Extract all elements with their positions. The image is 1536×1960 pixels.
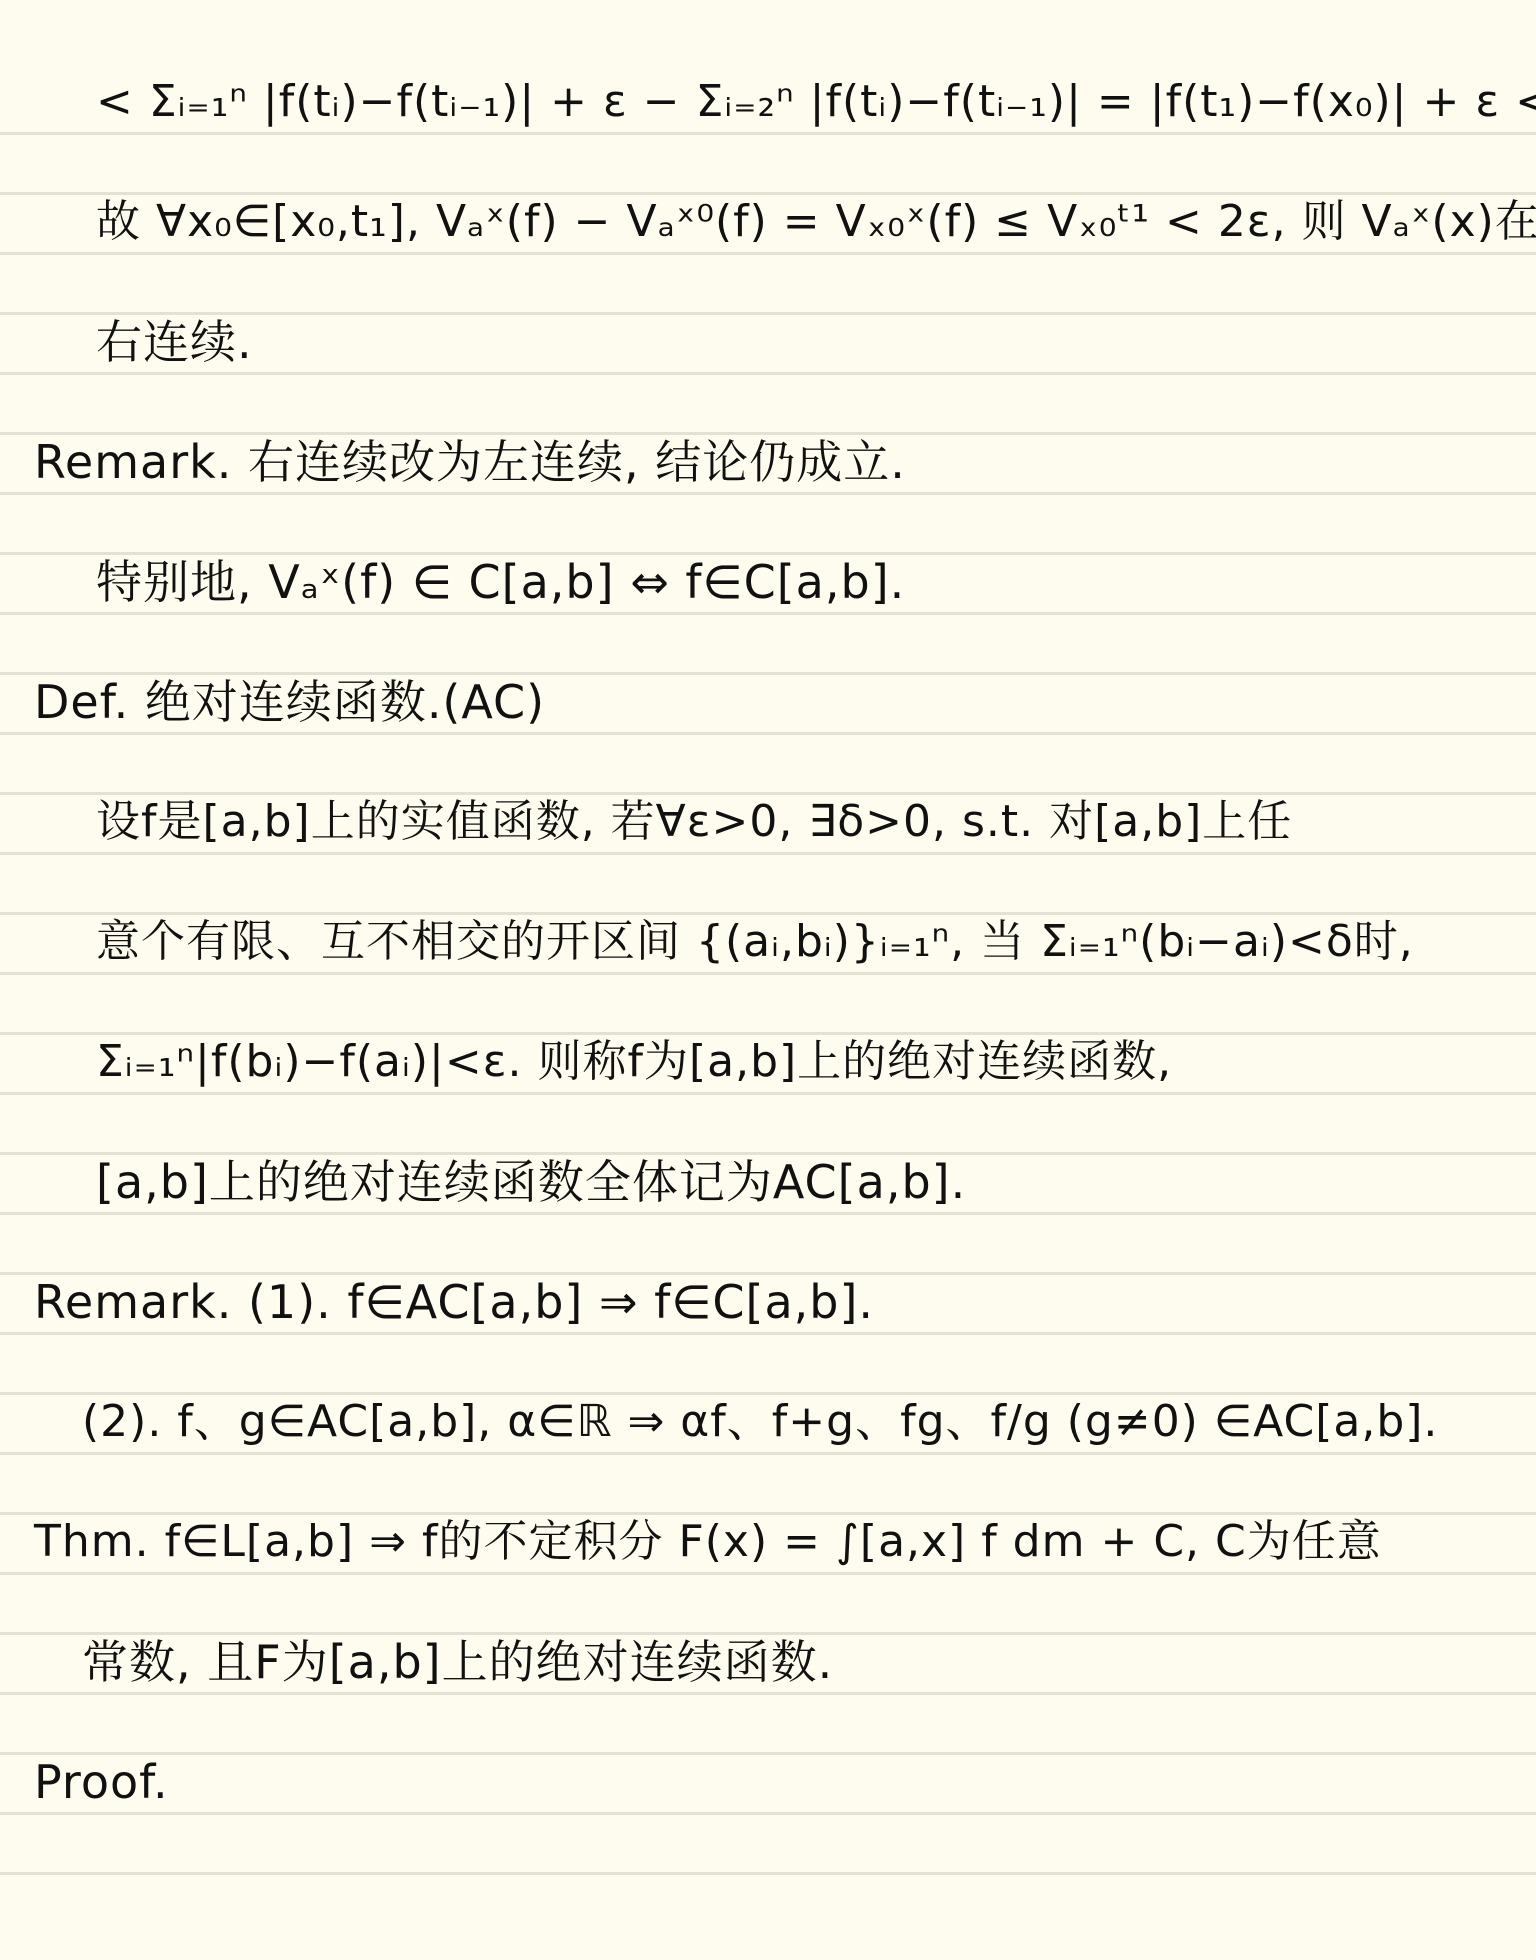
definition-body-4: [a,b]上的绝对连续函数全体记为AC[a,b].	[96, 1152, 966, 1212]
ruled-line	[0, 252, 1536, 255]
ruled-line	[0, 1752, 1536, 1755]
ruled-line	[0, 972, 1536, 975]
ruled-line	[0, 372, 1536, 375]
ruled-line	[0, 1872, 1536, 1875]
ruled-line	[0, 612, 1536, 615]
proof-heading: Proof.	[34, 1752, 169, 1812]
theorem-statement-1: Thm. f∈L[a,b] ⇒ f的不定积分 F(x) = ∫[a,x] f d…	[34, 1512, 1382, 1572]
line-in-particular: 特别地, Vₐˣ(f) ∈ C[a,b] ⇔ f∈C[a,b].	[96, 552, 905, 612]
ruled-line	[0, 1692, 1536, 1695]
ruled-line	[0, 132, 1536, 135]
ruled-line	[0, 1812, 1536, 1815]
ruled-line	[0, 732, 1536, 735]
ruled-line	[0, 1092, 1536, 1095]
ruled-line	[0, 852, 1536, 855]
definition-body-3: Σᵢ₌₁ⁿ|f(bᵢ)−f(aᵢ)|<ε. 则称f为[a,b]上的绝对连续函数,	[96, 1032, 1172, 1092]
definition-body-2: 意个有限、互不相交的开区间 {(aᵢ,bᵢ)}ᵢ₌₁ⁿ, 当 Σᵢ₌₁ⁿ(bᵢ−…	[96, 912, 1414, 972]
remark-2: (2). f、g∈AC[a,b], α∈ℝ ⇒ αf、f+g、fg、f/g (g…	[82, 1392, 1438, 1452]
line-inequality-chain: < Σᵢ₌₁ⁿ |f(tᵢ)−f(tᵢ₋₁)| + ε − Σᵢ₌₂ⁿ |f(t…	[96, 72, 1536, 132]
ruled-line	[0, 1452, 1536, 1455]
ruled-line	[0, 1332, 1536, 1335]
theorem-statement-2: 常数, 且F为[a,b]上的绝对连续函数.	[82, 1632, 833, 1692]
ruled-line	[0, 492, 1536, 495]
remark-1: Remark. (1). f∈AC[a,b] ⇒ f∈C[a,b].	[34, 1272, 874, 1332]
ruled-line	[0, 1572, 1536, 1575]
ruled-line	[0, 1212, 1536, 1215]
remark-left-continuous: Remark. 右连续改为左连续, 结论仍成立.	[34, 432, 906, 492]
line-right-continuous: 右连续.	[96, 312, 253, 372]
definition-heading: Def. 绝对连续函数.(AC)	[34, 672, 545, 732]
line-variation-bound: 故 ∀x₀∈[x₀,t₁], Vₐˣ(f) − Vₐˣ⁰(f) = Vₓ₀ˣ(f…	[96, 192, 1536, 252]
definition-body-1: 设f是[a,b]上的实值函数, 若∀ε>0, ∃δ>0, s.t. 对[a,b]…	[96, 792, 1292, 852]
